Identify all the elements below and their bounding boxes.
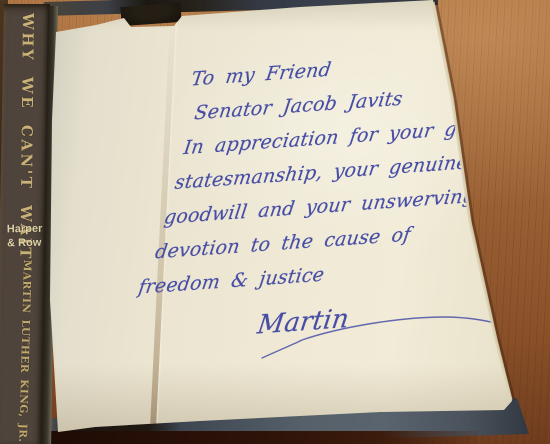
publisher-line-1: Harper xyxy=(7,222,49,237)
spine-publisher: Harper & Row xyxy=(7,222,49,251)
publisher-line-2: & Row xyxy=(7,236,49,251)
photo-inscribed-book: WHY WE CAN'T WAIT Harper & Row MARTIN LU… xyxy=(0,0,550,444)
spine-title: WHY WE CAN'T WAIT xyxy=(16,13,37,219)
table-shadow xyxy=(0,431,478,444)
